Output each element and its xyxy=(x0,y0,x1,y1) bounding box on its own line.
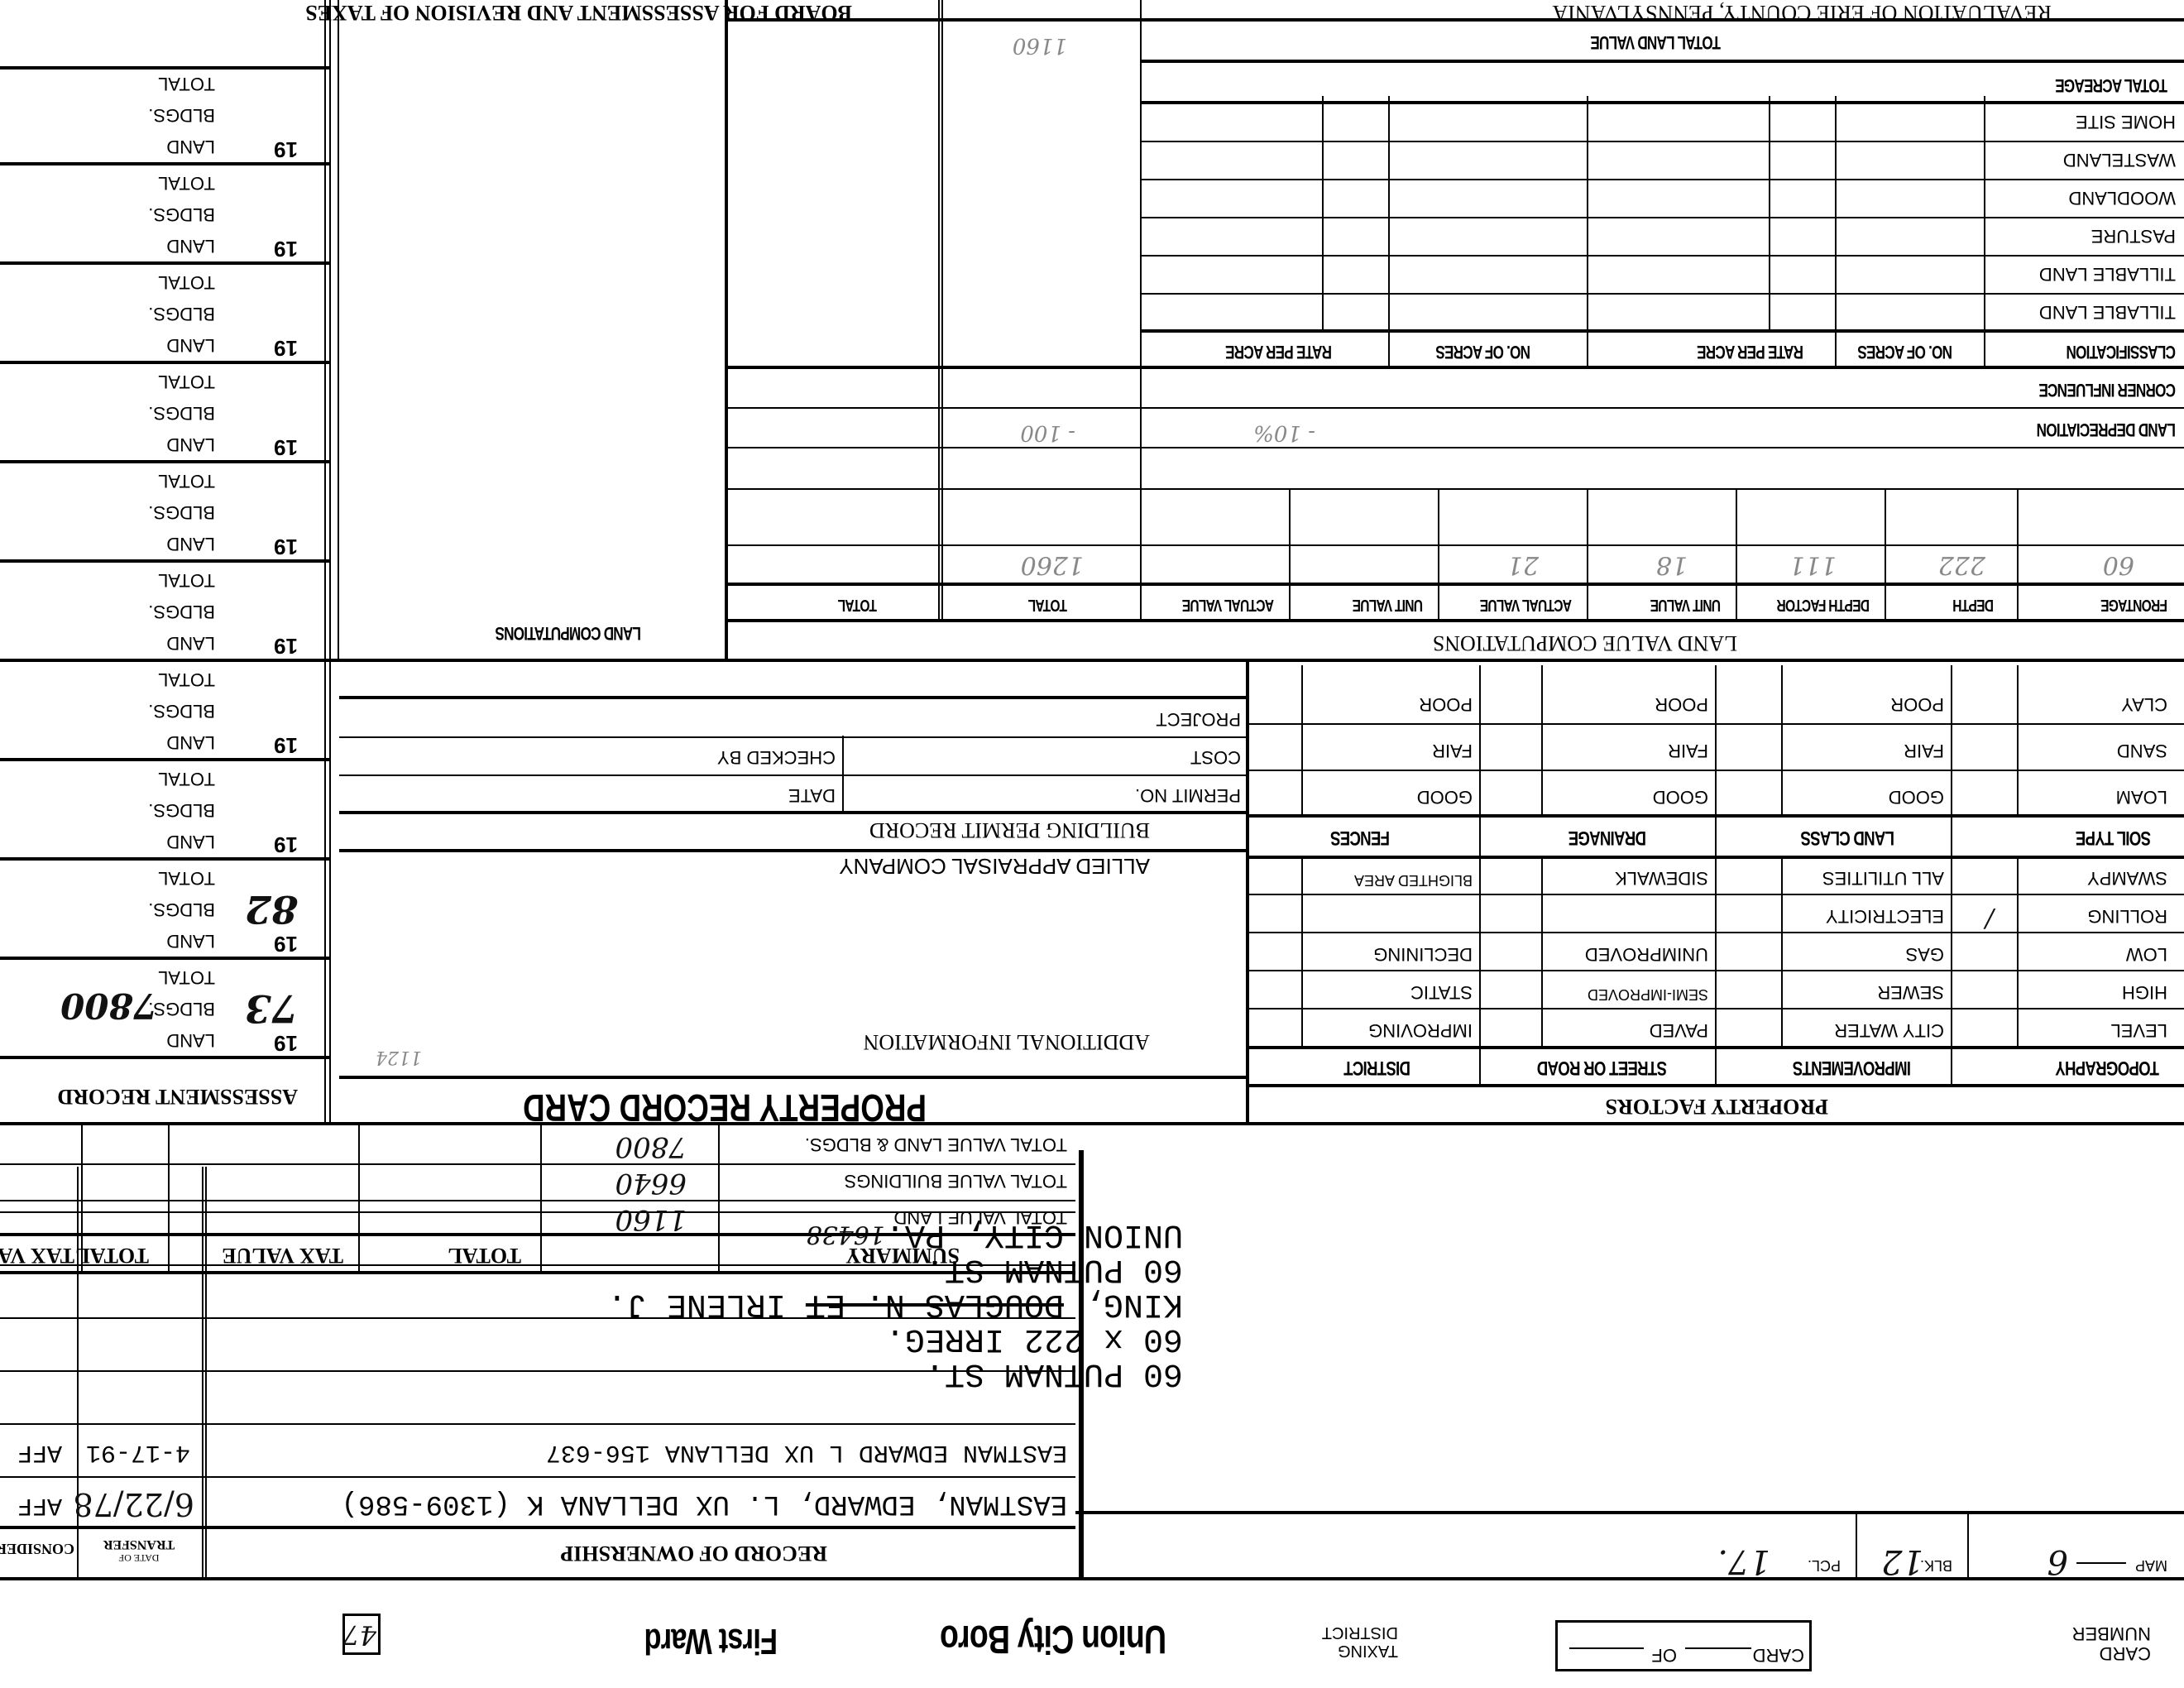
ownership-title: RECORD OF OWNERSHIP xyxy=(560,1541,827,1566)
ward-name: First Ward xyxy=(644,1620,778,1662)
map-label: MAP xyxy=(2135,1556,2167,1574)
rolling-check-mark: / xyxy=(1985,904,1994,933)
assessment-block: 19LANDBLDGS.TOTAL xyxy=(0,463,331,563)
assessment-block: 19LANDBLDGS.TOTAL xyxy=(0,662,331,761)
card-label: CARD xyxy=(1753,1644,1804,1666)
taxing-district-name: Union City Boro xyxy=(941,1616,1166,1662)
additional-info-notes: 1124 xyxy=(376,1047,422,1067)
card-number-label: CARD NUMBER xyxy=(2072,1623,2151,1663)
ownership-row: EASTMAN EDWARD L UX DELLANA 156-637 4-17… xyxy=(0,1423,1075,1476)
additional-information-title: ADDITIONAL INFORMATION xyxy=(864,1029,1150,1054)
building-permit-title: BUILDING PERMIT RECORD xyxy=(869,818,1150,842)
ward-box: 47 xyxy=(342,1614,381,1655)
land-depreciation-label: LAND DEPRECIATION xyxy=(2037,419,2176,440)
assessment-record-title: ASSESSMENT RECORD xyxy=(57,1084,298,1109)
revaluation-title: REVALUATION OF ERIE COUNTY, PENNSYLVANIA xyxy=(1552,0,2052,25)
assessment-block: 19 82 LAND BLDGS. TOTAL 7800 xyxy=(0,861,331,960)
total-land-value: 1160 xyxy=(1013,33,1067,58)
ownership-row xyxy=(0,1370,1075,1423)
assessment-block: 19LANDBLDGS.TOTAL xyxy=(0,265,331,364)
summary-table: SUMMARY TOTAL TAX VALUE TOTAL TAX VALUE … xyxy=(0,1125,1075,1274)
taxing-district-label: TAXING DISTRICT xyxy=(1322,1623,1398,1660)
property-record-card-title: PROPERTY RECORD CARD xyxy=(523,1086,927,1130)
assessment-block: 19LANDBLDGS.TOTAL xyxy=(0,563,331,662)
assessment-block: 19LANDBLDGS.TOTAL xyxy=(0,364,331,463)
consideration-header: CONSIDERATION xyxy=(0,1540,74,1557)
blk-value: 12 xyxy=(1881,1542,1923,1580)
allied-appraisal-label: ALLIED APPRAISAL COMPANY xyxy=(839,853,1150,879)
blk-label: BLK. xyxy=(1920,1556,1952,1574)
land-value-computations: LAND VALUE COMPUTATIONS FRONTAGE DEPTH D… xyxy=(728,0,2184,662)
assessment-block: 19LANDBLDGS.TOTAL xyxy=(0,761,331,861)
property-record-card: CARD NUMBER CARD OF TAXING DISTRICT Unio… xyxy=(0,0,2184,1688)
map-value: 6 xyxy=(2047,1542,2068,1580)
land-depreciation-total: - 100 xyxy=(1020,420,1075,445)
summary-header: SUMMARY xyxy=(845,1243,960,1268)
summary-row-buildings: TOTAL VALUE BUILDINGS 6640 xyxy=(0,1163,1075,1200)
card-header: CARD NUMBER CARD OF TAXING DISTRICT Unio… xyxy=(0,1589,2184,1688)
land-depreciation-note: - 10% xyxy=(1253,420,1315,445)
assessment-block: 19LANDBLDGS.TOTAL xyxy=(0,165,331,265)
ownership-row: EASTMAN, EDWARD, L. UX DELLANA K (1309-5… xyxy=(0,1476,1075,1529)
of-label: OF xyxy=(1651,1644,1677,1666)
property-factors: PROPERTY FACTORS TOPOGRAPHY IMPROVEMENTS… xyxy=(1249,662,2184,1125)
summary-row-total: TOTAL VALUE LAND & BLDGS. 7800 xyxy=(0,1127,1075,1163)
ownership-row xyxy=(0,1317,1075,1370)
map-block-parcel: MAP 6 BLK. 12 PCL. 17. xyxy=(1075,1514,2184,1580)
summary-row-land: TOTAL VALUE LAND 1160 xyxy=(0,1200,1075,1236)
corner-influence-label: CORNER INFLUENCE xyxy=(2039,379,2176,400)
pcl-label: PCL. xyxy=(1808,1556,1841,1574)
pcl-value: 17. xyxy=(1717,1542,1770,1580)
land-computations: LAND COMPUTATIONS xyxy=(339,0,724,662)
land-value-computations-title: LAND VALUE COMPUTATIONS xyxy=(1433,631,1737,655)
transfer-date-header: DATE OFTRANSFER xyxy=(81,1537,197,1564)
card-of-box: CARD OF xyxy=(1555,1620,1812,1671)
property-factors-title: PROPERTY FACTORS xyxy=(1606,1094,1828,1119)
total-land-value-label: TOTAL LAND VALUE xyxy=(1591,31,1721,53)
assessment-block: 19 73 LAND BLDGS. TOTAL xyxy=(0,960,331,1059)
assessment-block: 19LANDBLDGS.TOTAL xyxy=(0,66,331,165)
middle-section: PROPERTY RECORD CARD ADDITIONAL INFORMAT… xyxy=(339,662,1249,1125)
